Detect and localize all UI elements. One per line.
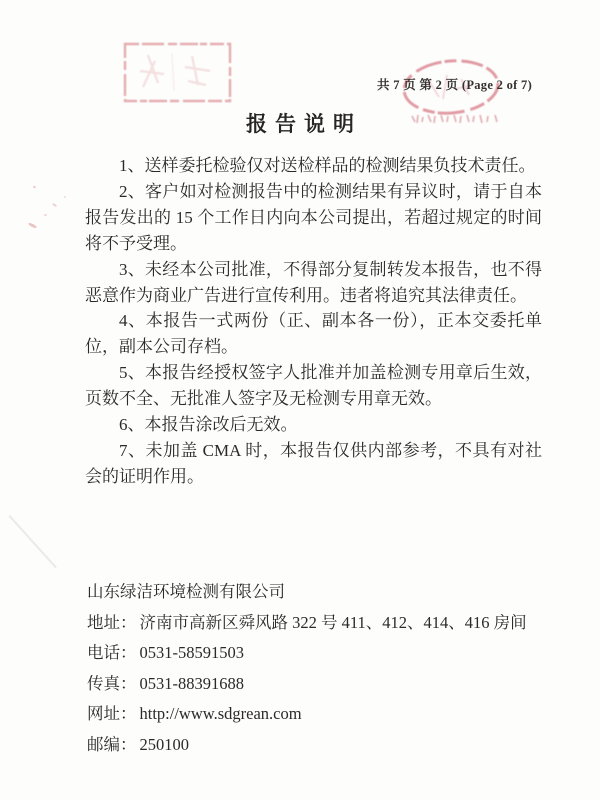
company-postcode-row: 邮编：250100 — [87, 730, 527, 761]
fax-value: 0531-88391688 — [140, 674, 245, 693]
note-item-4: 4、本报告一式两份（正、副本各一份），正本交委托单位，副本公司存档。 — [85, 308, 542, 360]
company-fax-row: 传真：0531-88391688 — [87, 669, 527, 700]
ink-speck — [44, 214, 47, 216]
page-number: 共 7 页 第 2 页 (Page 2 of 7) — [377, 75, 532, 93]
report-notes: 1、送样委托检验仅对送检样品的检测结果负技术责任。 2、客户如对检测报告中的检测… — [85, 153, 542, 490]
phone-label: 电话： — [87, 643, 137, 662]
address-label: 地址： — [87, 613, 137, 632]
company-website-row: 网址：http://www.sdgrean.com — [87, 699, 527, 730]
company-info: 山东绿洁环境检测有限公司 地址：济南市高新区舜风路 322 号 411、412、… — [87, 577, 527, 761]
company-address-row: 地址：济南市高新区舜风路 322 号 411、412、414、416 房间 — [87, 608, 527, 639]
company-phone-row: 电话：0531-58591503 — [87, 638, 527, 669]
page-title: 报告说明 — [0, 108, 600, 138]
postcode-value: 250100 — [140, 735, 190, 754]
ink-speck — [28, 222, 37, 229]
company-name: 山东绿洁环境检测有限公司 — [87, 577, 527, 608]
ink-speck — [64, 196, 66, 198]
address-value: 济南市高新区舜风路 322 号 411、412、414、416 房间 — [140, 613, 527, 632]
postcode-label: 邮编： — [87, 735, 137, 754]
fax-label: 传真： — [87, 674, 137, 693]
paper-crease — [9, 515, 57, 568]
note-item-2: 2、客户如对检测报告中的检测结果有异议时，请于自本报告发出的 15 个工作日内向… — [85, 179, 542, 257]
note-item-7: 7、未加盖 CMA 时，本报告仅供内部参考，不具有对社会的证明作用。 — [85, 438, 542, 490]
ink-speck — [52, 203, 57, 208]
note-item-6: 6、本报告涂改后无效。 — [85, 412, 542, 438]
ink-speck — [33, 185, 37, 188]
phone-value: 0531-58591503 — [140, 643, 245, 662]
note-item-5: 5、本报告经授权签字人批准并加盖检测专用章后生效，页数不全、无批准人签字及无检测… — [85, 360, 542, 412]
website-label: 网址： — [87, 704, 137, 723]
note-item-3: 3、未经本公司批准，不得部分复制转发本报告，也不得恶意作为商业广告进行宣传利用。… — [85, 257, 542, 309]
website-value: http://www.sdgrean.com — [140, 704, 302, 723]
scanned-report-page: 共 7 页 第 2 页 (Page 2 of 7) 报告说明 1、送样委托检验仅… — [0, 0, 600, 800]
note-item-1: 1、送样委托检验仅对送检样品的检测结果负技术责任。 — [85, 153, 542, 179]
rectangular-red-stamp-icon — [122, 41, 234, 105]
